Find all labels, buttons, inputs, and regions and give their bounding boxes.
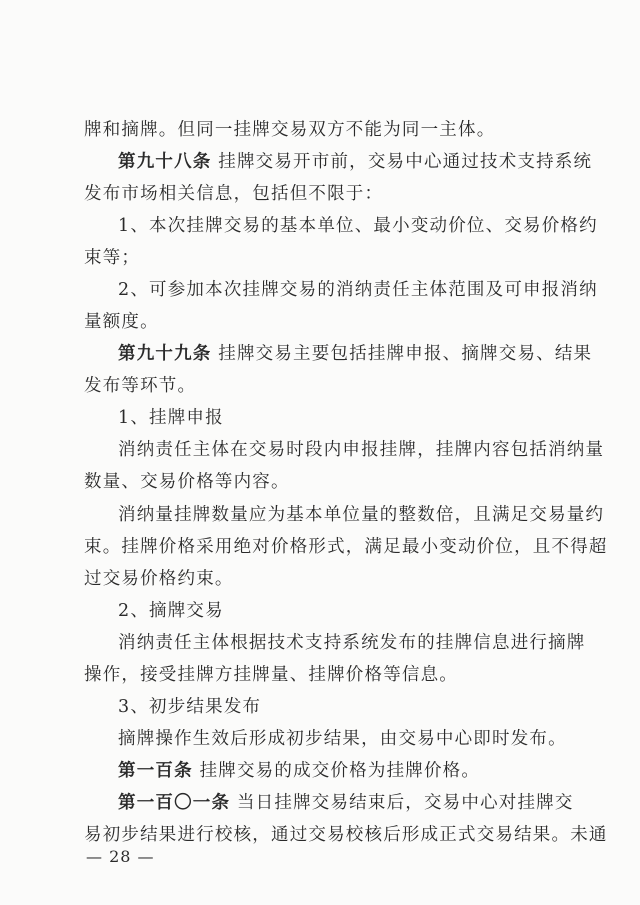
- line-text: 1、本次挂牌交易的基本单位、最小变动价位、交易价格约: [118, 216, 598, 236]
- line-text: 发布市场相关信息，包括但不限于：: [84, 184, 383, 204]
- line-text: 消纳责任主体根据技术支持系统发布的挂牌信息进行摘牌: [118, 633, 586, 653]
- line-text: 挂牌交易的成交价格为挂牌价格。: [193, 761, 480, 781]
- line-text: 挂牌交易主要包括挂牌申报、摘牌交易、结果: [212, 344, 593, 364]
- line-text: 牌和摘牌。但同一挂牌交易双方不能为同一主体。: [84, 120, 495, 140]
- line-text: 3、初步结果发布: [118, 697, 261, 717]
- line-text: 数量、交易价格等内容。: [84, 472, 290, 492]
- text-line: 摘牌操作生效后形成初步结果，由交易中心即时发布。: [118, 727, 598, 751]
- article-line: 第一百〇一条 当日挂牌交易结束后，交易中心对挂牌交: [118, 791, 598, 815]
- line-text: 1、挂牌申报: [118, 408, 224, 428]
- text-line: 束。挂牌价格采用绝对价格形式，满足最小变动价位，且不得超: [84, 535, 564, 559]
- text-line: 消纳责任主体根据技术支持系统发布的挂牌信息进行摘牌: [118, 631, 598, 655]
- line-text: 2、摘牌交易: [118, 601, 224, 621]
- line-text: 当日挂牌交易结束后，交易中心对挂牌交: [230, 793, 573, 813]
- text-line: 易初步结果进行校核，通过交易校核后形成正式交易结果。未通: [84, 823, 564, 847]
- text-line: 消纳责任主体在交易时段内申报挂牌，挂牌内容包括消纳量: [118, 438, 598, 462]
- line-text: 摘牌操作生效后形成初步结果，由交易中心即时发布。: [118, 729, 567, 749]
- text-line: 1、挂牌申报: [118, 406, 598, 430]
- text-line: 数量、交易价格等内容。: [84, 470, 564, 494]
- line-text: 消纳责任主体在交易时段内申报挂牌，挂牌内容包括消纳量: [118, 440, 604, 460]
- text-line: 过交易价格约束。: [84, 567, 564, 591]
- line-text: 过交易价格约束。: [84, 569, 234, 589]
- text-line: 1、本次挂牌交易的基本单位、最小变动价位、交易价格约: [118, 214, 598, 238]
- line-text: 易初步结果进行校核，通过交易校核后形成正式交易结果。未通: [84, 825, 608, 845]
- text-line: 束等；: [84, 246, 564, 270]
- text-line: 操作，接受挂牌方挂牌量、挂牌价格等信息。: [84, 663, 564, 687]
- line-text: 束等；: [84, 248, 140, 268]
- article-number: 第一百条: [118, 761, 193, 781]
- document-page: 牌和摘牌。但同一挂牌交易双方不能为同一主体。 第九十八条 挂牌交易开市前，交易中…: [0, 0, 640, 905]
- line-text: 消纳量挂牌数量应为基本单位量的整数倍，且满足交易量约: [118, 505, 604, 525]
- article-line: 第九十八条 挂牌交易开市前，交易中心通过技术支持系统: [118, 150, 598, 174]
- text-line: 牌和摘牌。但同一挂牌交易双方不能为同一主体。: [84, 118, 564, 142]
- page-number: — 28 —: [86, 847, 155, 866]
- line-text: 2、可参加本次挂牌交易的消纳责任主体范围及可申报消纳: [118, 280, 598, 300]
- line-text: 挂牌交易开市前，交易中心通过技术支持系统: [212, 152, 593, 172]
- article-number: 第一百〇一条: [118, 793, 230, 813]
- line-text: 发布等环节。: [84, 376, 196, 396]
- line-text: 束。挂牌价格采用绝对价格形式，满足最小变动价位，且不得超: [84, 537, 608, 557]
- article-line: 第一百条 挂牌交易的成交价格为挂牌价格。: [118, 759, 598, 783]
- line-text: 量额度。: [84, 312, 159, 332]
- article-number: 第九十九条: [118, 344, 212, 364]
- text-line: 发布等环节。: [84, 374, 564, 398]
- text-line: 量额度。: [84, 310, 564, 334]
- article-line: 第九十九条 挂牌交易主要包括挂牌申报、摘牌交易、结果: [118, 342, 598, 366]
- text-line: 2、摘牌交易: [118, 599, 598, 623]
- text-line: 2、可参加本次挂牌交易的消纳责任主体范围及可申报消纳: [118, 278, 598, 302]
- text-line: 发布市场相关信息，包括但不限于：: [84, 182, 564, 206]
- text-line: 消纳量挂牌数量应为基本单位量的整数倍，且满足交易量约: [118, 503, 598, 527]
- article-number: 第九十八条: [118, 152, 212, 172]
- line-text: 操作，接受挂牌方挂牌量、挂牌价格等信息。: [84, 665, 458, 685]
- text-line: 3、初步结果发布: [118, 695, 598, 719]
